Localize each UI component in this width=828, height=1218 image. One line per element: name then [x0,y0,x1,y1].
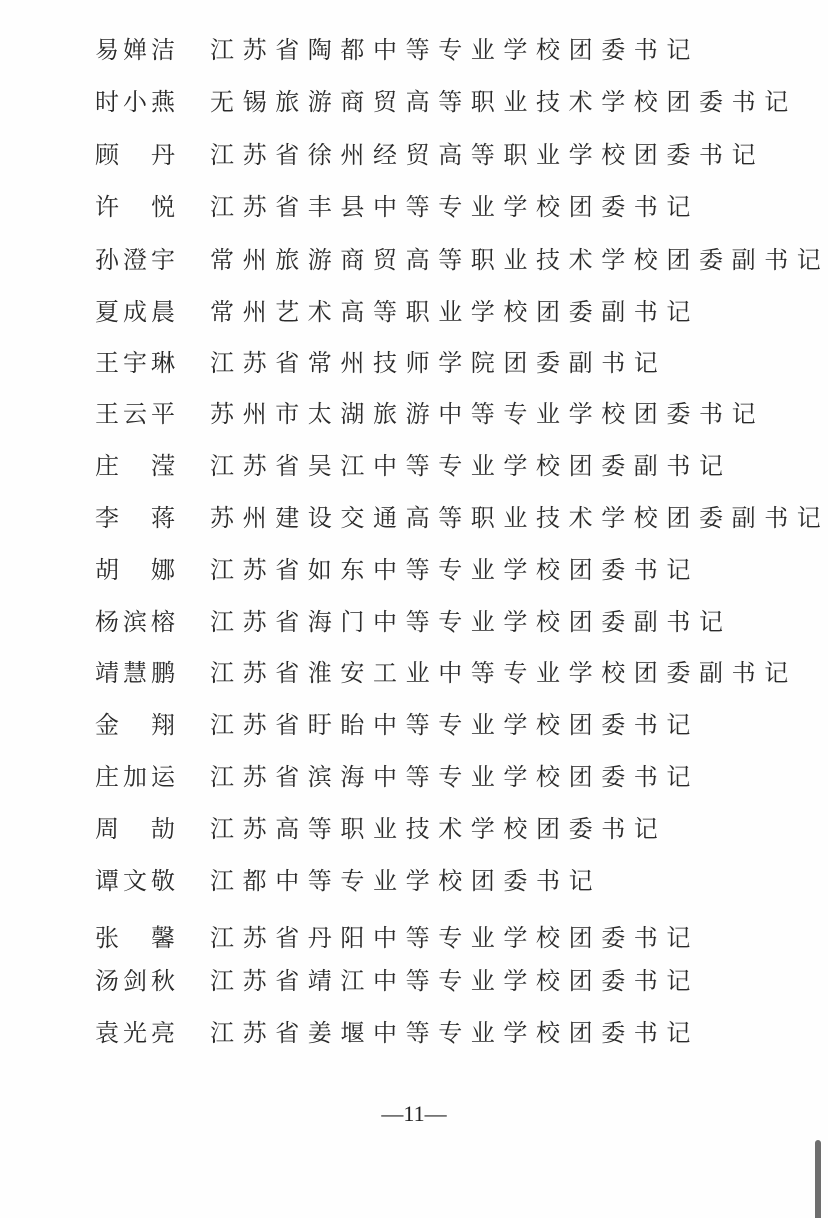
list-item: 胡娜江苏省如东中等专业学校团委书记 [0,555,828,585]
name-char: 孙 [95,245,119,275]
name-char: 滢 [151,451,175,481]
list-item: 靖慧鹏江苏省淮安工业中等专业学校团委副书记 [0,658,828,688]
position-title: 江苏省丹阳中等专业学校团委书记 [210,923,699,953]
name-char: 慧 [123,658,147,688]
position-title: 江苏省吴江中等专业学校团委副书记 [210,451,732,481]
name-char: 洁 [151,35,175,65]
name-char: 运 [151,762,175,792]
person-name: 许悦 [95,192,175,222]
name-char: 金 [95,710,119,740]
name-char: 谭 [95,866,119,896]
person-name: 王宇琳 [95,348,175,378]
name-char: 蒋 [151,503,175,533]
name-char: 劼 [151,814,175,844]
person-name: 胡娜 [95,555,175,585]
name-char: 剑 [123,966,147,996]
list-item: 夏成晨常州艺术高等职业学校团委副书记 [0,297,828,327]
position-title: 江苏省靖江中等专业学校团委书记 [210,966,699,996]
name-char: 成 [123,297,147,327]
name-char: 丹 [151,140,175,170]
scrollbar-thumb[interactable] [815,1140,821,1218]
name-char: 庄 [95,451,119,481]
position-title: 苏州市太湖旅游中等专业学校团委书记 [210,399,764,429]
person-name: 靖慧鹏 [95,658,175,688]
name-char: 李 [95,503,119,533]
list-item: 孙澄宇常州旅游商贸高等职业技术学校团委副书记 [0,245,828,275]
name-char: 琳 [151,348,175,378]
name-char: 亮 [151,1018,175,1048]
list-item: 谭文敬江都中等专业学校团委书记 [0,866,828,896]
position-title: 江苏省滨海中等专业学校团委书记 [210,762,699,792]
list-item: 张馨江苏省丹阳中等专业学校团委书记 [0,923,828,953]
person-name: 张馨 [95,923,175,953]
name-char: 王 [95,399,119,429]
name-char: 婵 [123,35,147,65]
position-title: 江苏省盱眙中等专业学校团委书记 [210,710,699,740]
name-char: 周 [95,814,119,844]
page-number: —11— [0,1100,828,1128]
name-char: 宇 [123,348,147,378]
name-char: 张 [95,923,119,953]
list-item: 王宇琳江苏省常州技师学院团委副书记 [0,348,828,378]
position-title: 江苏高等职业技术学校团委书记 [210,814,666,844]
name-char: 云 [123,399,147,429]
name-char: 夏 [95,297,119,327]
name-char: 杨 [95,607,119,637]
person-name: 庄加运 [95,762,175,792]
list-item: 周劼江苏高等职业技术学校团委书记 [0,814,828,844]
position-title: 江苏省丰县中等专业学校团委书记 [210,192,699,222]
name-char: 滨 [123,607,147,637]
name-char: 王 [95,348,119,378]
name-char: 庄 [95,762,119,792]
position-title: 江苏省常州技师学院团委副书记 [210,348,666,378]
name-char: 悦 [151,192,175,222]
name-char: 敬 [151,866,175,896]
name-char: 汤 [95,966,119,996]
name-char: 榕 [151,607,175,637]
list-item: 时小燕无锡旅游商贸高等职业技术学校团委书记 [0,87,828,117]
person-name: 杨滨榕 [95,607,175,637]
name-char: 娜 [151,555,175,585]
position-title: 江苏省陶都中等专业学校团委书记 [210,35,699,65]
position-title: 江苏省淮安工业中等专业学校团委副书记 [210,658,797,688]
person-name: 王云平 [95,399,175,429]
list-item: 杨滨榕江苏省海门中等专业学校团委副书记 [0,607,828,637]
list-item: 庄滢江苏省吴江中等专业学校团委副书记 [0,451,828,481]
position-title: 常州旅游商贸高等职业技术学校团委副书记 [210,245,828,275]
list-item: 顾丹江苏省徐州经贸高等职业学校团委书记 [0,140,828,170]
person-name: 周劼 [95,814,175,844]
list-item: 金翔江苏省盱眙中等专业学校团委书记 [0,710,828,740]
list-item: 袁光亮江苏省姜堰中等专业学校团委书记 [0,1018,828,1048]
list-item: 李蒋苏州建设交通高等职业技术学校团委副书记 [0,503,828,533]
name-char: 袁 [95,1018,119,1048]
position-title: 江都中等专业学校团委书记 [210,866,601,896]
list-item: 汤剑秋江苏省靖江中等专业学校团委书记 [0,966,828,996]
name-char: 鹏 [151,658,175,688]
name-char: 易 [95,35,119,65]
person-name: 金翔 [95,710,175,740]
name-char: 宇 [151,245,175,275]
name-char: 顾 [95,140,119,170]
position-title: 无锡旅游商贸高等职业技术学校团委书记 [210,87,797,117]
name-char: 光 [123,1018,147,1048]
position-title: 苏州建设交通高等职业技术学校团委副书记 [210,503,828,533]
name-char: 许 [95,192,119,222]
person-name: 袁光亮 [95,1018,175,1048]
name-char: 加 [123,762,147,792]
name-char: 胡 [95,555,119,585]
person-name: 顾丹 [95,140,175,170]
position-title: 江苏省海门中等专业学校团委副书记 [210,607,732,637]
position-title: 江苏省如东中等专业学校团委书记 [210,555,699,585]
name-char: 时 [95,87,119,117]
person-name: 时小燕 [95,87,175,117]
person-name: 汤剑秋 [95,966,175,996]
name-char: 秋 [151,966,175,996]
name-char: 小 [123,87,147,117]
name-char: 靖 [95,658,119,688]
person-name: 孙澄宇 [95,245,175,275]
name-char: 平 [151,399,175,429]
name-char: 澄 [123,245,147,275]
name-char: 燕 [151,87,175,117]
name-char: 文 [123,866,147,896]
list-item: 许悦江苏省丰县中等专业学校团委书记 [0,192,828,222]
position-title: 常州艺术高等职业学校团委副书记 [210,297,699,327]
document-page: 易婵洁江苏省陶都中等专业学校团委书记时小燕无锡旅游商贸高等职业技术学校团委书记顾… [0,0,828,1218]
person-name: 李蒋 [95,503,175,533]
person-name: 谭文敬 [95,866,175,896]
person-name: 庄滢 [95,451,175,481]
name-char: 馨 [151,923,175,953]
position-title: 江苏省姜堰中等专业学校团委书记 [210,1018,699,1048]
list-item: 王云平苏州市太湖旅游中等专业学校团委书记 [0,399,828,429]
list-item: 易婵洁江苏省陶都中等专业学校团委书记 [0,35,828,65]
name-char: 晨 [151,297,175,327]
list-item: 庄加运江苏省滨海中等专业学校团委书记 [0,762,828,792]
name-char: 翔 [151,710,175,740]
position-title: 江苏省徐州经贸高等职业学校团委书记 [210,140,764,170]
person-name: 夏成晨 [95,297,175,327]
person-name: 易婵洁 [95,35,175,65]
